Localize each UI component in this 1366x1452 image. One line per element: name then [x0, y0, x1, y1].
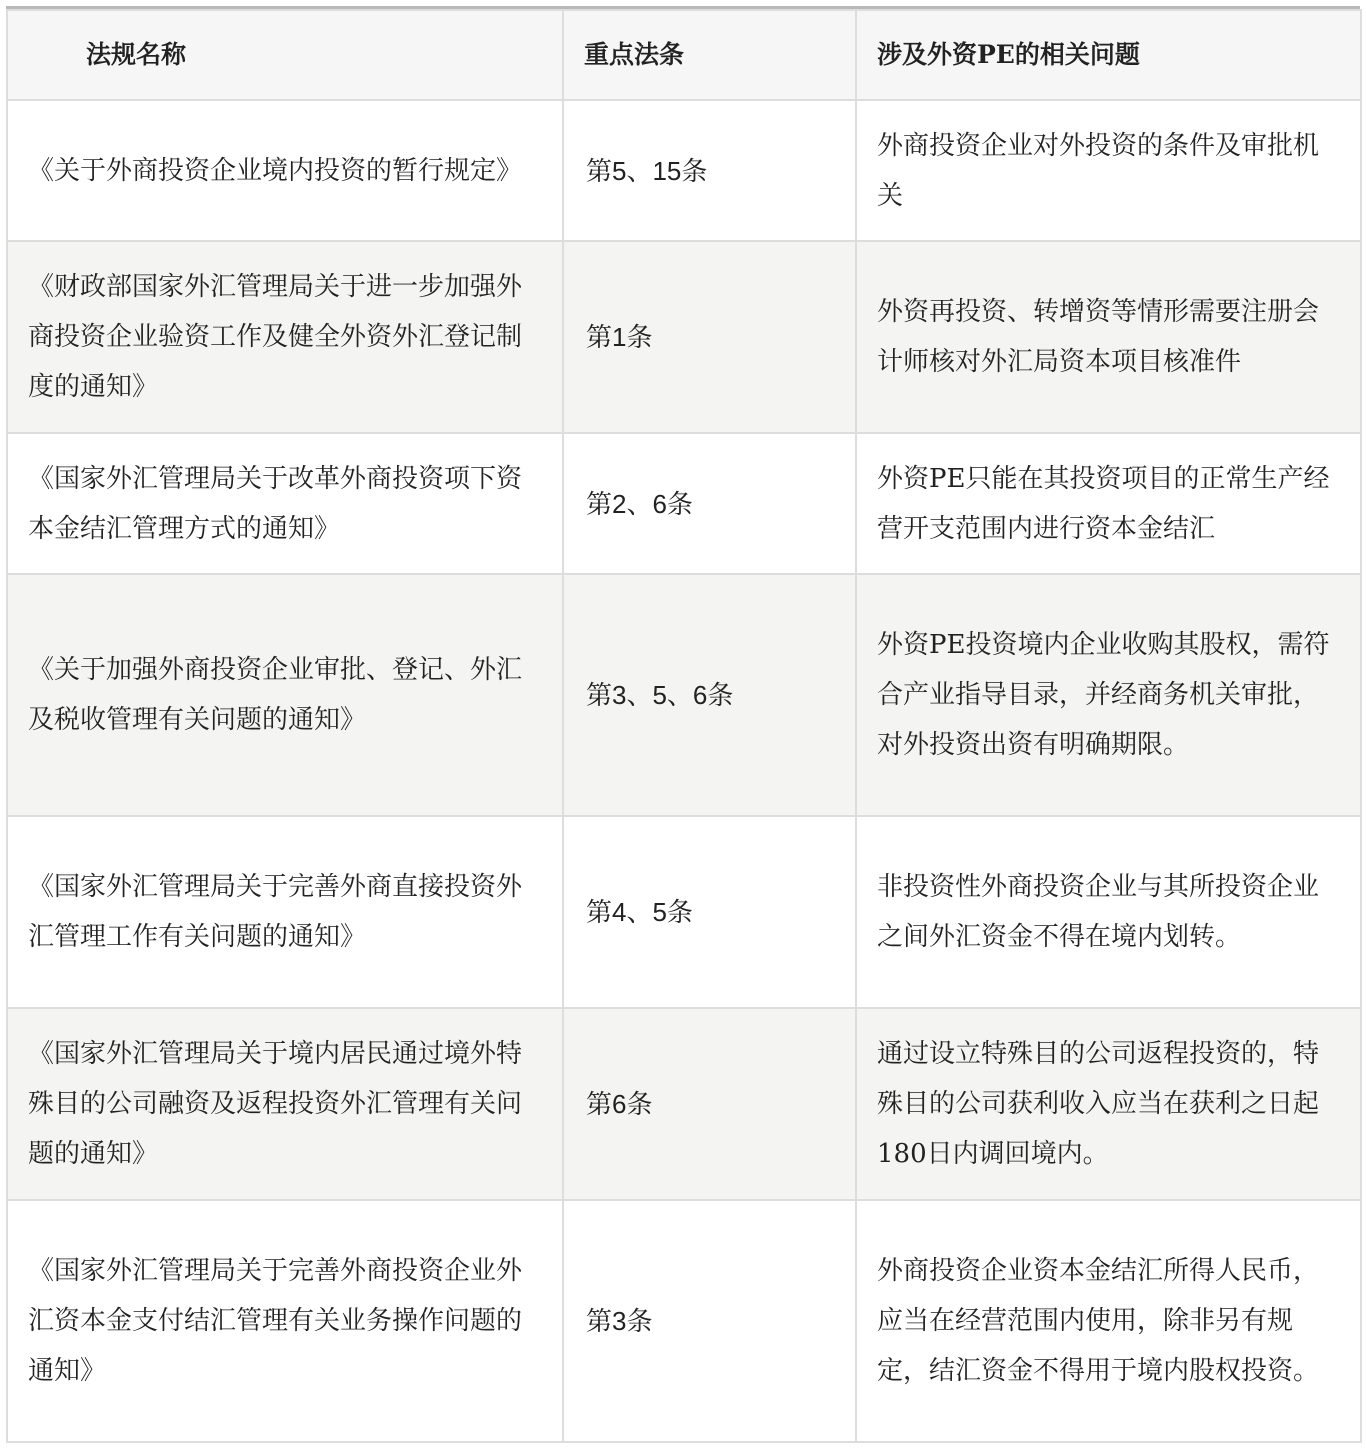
- regulation-name-cell: 《关于加强外商投资企业审批、登记、外汇及税收管理有关问题的通知》: [7, 574, 563, 816]
- key-articles-cell: 第3条: [563, 1200, 856, 1442]
- key-articles-cell: 第6条: [563, 1008, 856, 1200]
- key-articles-cell: 第5、15条: [563, 100, 856, 241]
- regulation-name-cell: 《国家外汇管理局关于改革外商投资项下资本金结汇管理方式的通知》: [7, 433, 563, 574]
- related-issue-cell: 外资PE投资境内企业收购其股权，需符合产业指导目录，并经商务机关审批，对外投资出…: [856, 574, 1361, 816]
- table-row: 《财政部国家外汇管理局关于进一步加强外商投资企业验资工作及健全外资外汇登记制度的…: [7, 241, 1361, 433]
- table-row: 《国家外汇管理局关于完善外商投资企业外汇资本金支付结汇管理有关业务操作问题的通知…: [7, 1200, 1361, 1442]
- regulations-table-container: 法规名称 重点法条 涉及外资PE的相关问题 《关于外商投资企业境内投资的暂行规定…: [6, 6, 1360, 1443]
- regulation-name-cell: 《财政部国家外汇管理局关于进一步加强外商投资企业验资工作及健全外资外汇登记制度的…: [7, 241, 563, 433]
- related-issue-cell: 外资再投资、转增资等情形需要注册会计师核对外汇局资本项目核准件: [856, 241, 1361, 433]
- key-articles-cell: 第1条: [563, 241, 856, 433]
- table-row: 《关于外商投资企业境内投资的暂行规定》 第5、15条 外商投资企业对外投资的条件…: [7, 100, 1361, 241]
- related-issue-cell: 外商投资企业对外投资的条件及审批机关: [856, 100, 1361, 241]
- related-issue-cell: 外资PE只能在其投资项目的正常生产经营开支范围内进行资本金结汇: [856, 433, 1361, 574]
- related-issue-cell: 外商投资企业资本金结汇所得人民币，应当在经营范围内使用，除非另有规定，结汇资金不…: [856, 1200, 1361, 1442]
- table-row: 《国家外汇管理局关于改革外商投资项下资本金结汇管理方式的通知》 第2、6条 外资…: [7, 433, 1361, 574]
- table-row: 《国家外汇管理局关于完善外商直接投资外汇管理工作有关问题的通知》 第4、5条 非…: [7, 816, 1361, 1008]
- header-regulation-name: 法规名称: [7, 10, 563, 100]
- header-related-issues: 涉及外资PE的相关问题: [856, 10, 1361, 100]
- related-issue-cell: 非投资性外商投资企业与其所投资企业之间外汇资金不得在境内划转。: [856, 816, 1361, 1008]
- regulation-name-cell: 《国家外汇管理局关于完善外商投资企业外汇资本金支付结汇管理有关业务操作问题的通知…: [7, 1200, 563, 1442]
- key-articles-cell: 第2、6条: [563, 433, 856, 574]
- key-articles-cell: 第3、5、6条: [563, 574, 856, 816]
- table-row: 《关于加强外商投资企业审批、登记、外汇及税收管理有关问题的通知》 第3、5、6条…: [7, 574, 1361, 816]
- key-articles-cell: 第4、5条: [563, 816, 856, 1008]
- regulation-name-cell: 《关于外商投资企业境内投资的暂行规定》: [7, 100, 563, 241]
- related-issue-cell: 通过设立特殊目的公司返程投资的，特殊目的公司获利收入应当在获利之日起180日内调…: [856, 1008, 1361, 1200]
- table-row: 《国家外汇管理局关于境内居民通过境外特殊目的公司融资及返程投资外汇管理有关问题的…: [7, 1008, 1361, 1200]
- header-key-articles: 重点法条: [563, 10, 856, 100]
- regulation-name-cell: 《国家外汇管理局关于完善外商直接投资外汇管理工作有关问题的通知》: [7, 816, 563, 1008]
- regulations-table: 法规名称 重点法条 涉及外资PE的相关问题 《关于外商投资企业境内投资的暂行规定…: [6, 9, 1362, 1443]
- regulation-name-cell: 《国家外汇管理局关于境内居民通过境外特殊目的公司融资及返程投资外汇管理有关问题的…: [7, 1008, 563, 1200]
- table-header-row: 法规名称 重点法条 涉及外资PE的相关问题: [7, 10, 1361, 100]
